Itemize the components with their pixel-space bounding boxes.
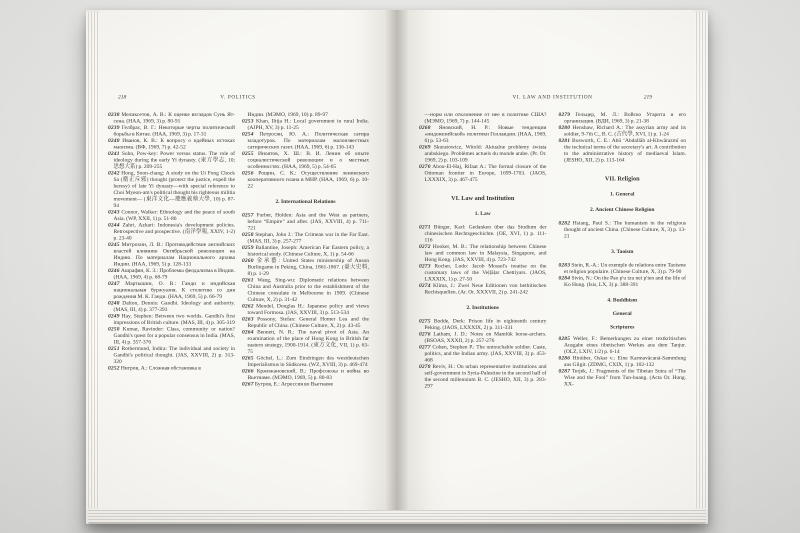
entry-number: 0269 [419,144,431,150]
entry-number: 0259 [242,245,254,251]
bib-entry-0275: 0275 Bodde, Derk: Prison life in eightee… [419,318,547,331]
section-heading: 1. General [559,191,687,198]
bib-entry-0258: 0258 Stephan, John J.: The Crimean war i… [242,232,369,245]
bib-entry-0248: 0248 Dalton, Dennis: Gandhi. Ideology an… [108,300,235,313]
bib-entry-0283: 0283 Stein, R.-A.: Un exemple de relatio… [559,262,687,275]
entry-number: 0251 [108,346,120,352]
section-heading: Scriptures [559,324,687,331]
bib-entry-0243: 0243 Connor, Walker: Ethnology and the p… [108,209,235,222]
bib-entry-0238: 0238 Меликсетов, А. В.: К оценке взглядо… [108,112,235,125]
right-page: VI. LAW AND INSTITUTION 219 —норм или от… [397,10,694,510]
entry-number: 0244 [108,222,120,228]
section-heading: 2. Ancient Chinese Religion [559,207,687,214]
entry-number: 0247 [108,281,120,287]
entry-number: 0276 [419,331,431,337]
bib-entry-0284: 0284 Sivin, N.: On the Pao p'u tzu nei p… [559,275,687,288]
entry-number: 0241 [108,151,120,157]
entry-number: 0240 [108,138,120,144]
entry-number: 0252 [108,365,120,371]
bib-entry-0253: 0253 Khan, Iltija H.: Local government i… [242,118,369,131]
bib-entry-0250: 0250 Kumar, Ravinder: Class, community o… [108,326,235,346]
bib-entry-0239: 0239 Гелбрас, В. Г.: Некоторые черты пол… [108,125,235,138]
entry-number: 0267 [242,381,254,387]
bib-entry-0286: 0286 Hinüber, Oskar v.: Eine Karmavācanā… [559,355,687,368]
section-heading: 2. Institutions [419,305,547,312]
bib-entry-0261: 0261 Wang, Sing-wu: Diplomatic relations… [242,277,369,303]
entry-number: 0270 [419,164,431,170]
bib-entry-0240: 0240 Иванов, К. В.: К вопросу о идейных … [108,138,235,151]
entry-number: 0286 [559,355,571,361]
section-heading: 2. International Relations [242,199,369,206]
entry-number: 0246 [108,268,120,274]
bib-entry-0245: 0245 Митрохин, Л. В.: Противодействие ан… [108,242,235,268]
bib-entry-0252: 0252 Нигров, А.: Сложная обстановка в [108,365,235,372]
book-spread: 218 V. POLITICS 0238 Меликсетов, А. В.: … [86,10,708,524]
bib-entry-0242: 0242 Hong, Soon-chang: A study on the Ui… [108,170,235,209]
bib-entry-0255: 0255 Иноятов, Х. Ш.: В. И. Ленин об опыт… [242,151,369,171]
entry-number: 0275 [419,318,431,324]
entry-number: 0254 [242,131,254,137]
bib-entry-0246: 0246 Ашрафян, К. З.: Проблемы феодализма… [108,268,235,281]
entry-number: 0239 [108,125,120,131]
left-running-head: V. POLITICS [108,94,368,101]
section-heading: VII. Religion [559,176,687,183]
bib-entry-0278: 0278 Reviv, H.: On urban representative … [419,364,547,390]
bib-entry-continuation: —норм или отклонение от нее в политике С… [419,112,547,125]
section-heading: 4. Buddhism [559,297,687,304]
open-spread: 218 V. POLITICS 0238 Меликсетов, А. В.: … [100,10,694,510]
bib-entry-0249: 0249 Hay, Stephen: Between two worlds. G… [108,313,235,326]
bib-entry-0247: 0247 Мартышин, О. В.: Ганди и индийская … [108,281,235,301]
entry-number: 0264 [242,329,254,335]
entry-number: 0242 [108,170,120,176]
entry-number: 0277 [419,344,431,350]
page-fore-edge-right [694,12,708,510]
entry-number: 0278 [419,364,431,370]
entry-number: 0287 [559,368,571,374]
bib-entry-0276: 0276 Latham, J. D.: Notes on Mamlūk hors… [419,331,547,344]
bib-entry-0270: 0270 Abou-El-Haj, Rifaat A.: The formal … [419,164,547,184]
bib-entry-0271: 0271 Bünger, Karl: Gedanken über das Stu… [419,224,547,244]
bib-entry-0264: 0264 Bennett, N. R.: The naval pivot of … [242,329,369,355]
left-page-header: 218 V. POLITICS [108,94,368,102]
entry-number: 0284 [559,275,571,281]
bib-entry-0256: 0256 Рощин, С. К.: Осуществление ленинск… [242,170,369,190]
entry-number: 0274 [419,283,431,289]
bib-entry-0251: 0251 Rothermund, Indira: The individual … [108,346,235,366]
page-fore-edge-left [86,12,100,510]
entry-number: 0271 [419,224,431,230]
entry-number: 0272 [419,244,431,250]
page-bottom-edge [88,508,706,524]
right-page-column-1: —норм или отклонение от нее в политике С… [419,112,547,390]
entry-number: 0265 [242,355,254,361]
entry-number: 0238 [108,112,120,118]
bib-entry-0272: 0272 Hooker, M. B.: The relationship bet… [419,244,547,264]
entry-number: 0255 [242,151,254,157]
entry-number: 0257 [242,212,254,218]
bib-entry-0262: 0262 Mendel, Douglas H.: Japanese policy… [242,303,369,316]
bib-entry-0259: 0259 Ballantine, Joseph: American Far Ea… [242,245,369,258]
section-heading: VI. Law and Institution [419,195,547,202]
bib-entry-0287: 0287 Terjék, J.: Fragments of the Tibeta… [559,368,687,388]
entry-number: 0280 [559,125,571,131]
book-photo-background: 218 V. POLITICS 0238 Меликсетов, А. В.: … [0,0,800,533]
bib-entry-0279: 0279 Гельцер, М. Л.: Войско Угарита и ег… [559,112,687,125]
entry-number: 0248 [108,300,120,306]
bib-entry-0281: 0281 Bosworth, C. E.: Abū ‘Abdallāh al-K… [559,138,687,164]
entry-number: 0285 [559,336,571,342]
entry-number: 0253 [242,118,254,124]
bib-entry-0277: 0277 Cohen, Stephen P.: The untouchable … [419,344,547,364]
entry-number: 0266 [242,368,254,374]
bib-entry-0280: 0280 Henshaw, Richard A.: The assyrian a… [559,125,687,138]
entry-number: 0281 [559,138,571,144]
bib-entry-0266: 0266 Кржижановский, В.: Профсоюзы и войн… [242,368,369,381]
bib-entry-0274: 0274 Klíma, J.: Zwei Neue Editionen von … [419,283,547,296]
left-page-number: 218 [118,94,126,101]
entry-number: 0249 [108,313,120,319]
right-page-header: VI. LAW AND INSTITUTION 219 [419,94,686,102]
bib-entry-0268: 0268 Яновский, Н. Р.: Новые тенденции «и… [419,125,547,145]
entry-number: 0263 [242,316,254,322]
section-heading: 3. Taoism [559,249,687,256]
entry-number: 0258 [242,232,254,238]
right-page-column-2: 0279 Гельцер, М. Л.: Войско Угарита и ег… [559,112,687,390]
bib-entry-0254: 0254 Петросян, Ю. А.: Политическая сатир… [242,131,369,151]
section-heading: 1. Law [419,211,547,218]
bib-entry-0269: 0269 Skuratowicz, Witold: Aktualne probl… [419,144,547,164]
bib-entry-0260: 0260 金承藝: United States ministership of … [242,258,369,278]
entry-number: 0262 [242,303,254,309]
bib-entry-0244: 0244 Zahri, Azhari: Indonesia's developm… [108,222,235,242]
entry-number: 0243 [108,209,120,215]
bib-entry-0241: 0241 Sohn, Pow-key: Power versus status.… [108,151,235,171]
bib-entry-0267: 0267 Бугров, Е.: Агрессия во Вьетнаме [242,381,369,388]
entry-number: 0256 [242,170,254,176]
entry-number: 0261 [242,277,254,283]
right-page-number: 219 [644,94,652,101]
entry-number: 0268 [419,125,431,131]
left-page-column-2: Индии. (МЭМО, 1969, 10) p. 89-970253 Kha… [242,112,369,388]
bib-entry-0263: 0263 Possony, Stefan: General Homer Lea … [242,316,369,329]
section-heading: General [559,311,687,318]
bib-entry-0282: 0282 Hsiang, Paul S.: The humanism in th… [559,220,687,240]
bib-entry-0265: 0265 Göchel, L.: Zum Eindringen des west… [242,355,369,368]
entry-number: 0283 [559,262,571,268]
bib-entry-0257: 0257 Furber, Holden: Asia and the West a… [242,212,369,232]
left-page: 218 V. POLITICS 0238 Меликсетов, А. В.: … [100,10,397,510]
entry-number: 0260 [242,258,254,264]
entry-number: 0279 [559,112,571,118]
left-page-column-1: 0238 Меликсетов, А. В.: К оценке взглядо… [108,112,235,388]
bib-entry-0285: 0285 Weller, F.: Bemerkungen zu einer te… [559,336,687,356]
bib-entry-0273: 0273 Rocher, Ludo: Jacob Mossel's treati… [419,263,547,283]
entry-number: 0245 [108,242,120,248]
entry-number: 0250 [108,326,120,332]
entry-number: 0273 [419,263,431,269]
entry-number: 0282 [559,220,571,226]
